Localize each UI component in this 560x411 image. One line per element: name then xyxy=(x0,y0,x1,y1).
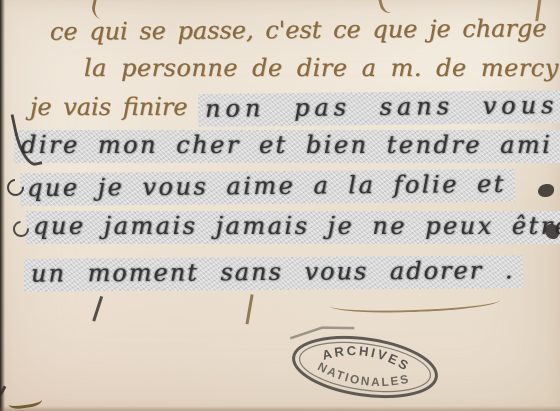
archives-nationales-stamp: ARCHIVES NATIONALES xyxy=(280,322,450,411)
ink-stroke-descender xyxy=(92,296,110,324)
handwriting-line-1: ce qui se passe, c'est ce que je charge xyxy=(50,14,547,45)
handwriting-line-4: dire mon cher et bien tendre ami · xyxy=(14,130,560,163)
stamp-text-bottom: NATIONALES xyxy=(314,359,413,395)
handwriting-line-2: la personne de dire a m. de mercy xyxy=(84,54,559,82)
recovered-redacted-text: dire mon cher et bien tendre ami · xyxy=(14,130,560,163)
stamp-smudge xyxy=(290,322,354,347)
ink-blot xyxy=(538,184,554,197)
handwriting-line-7: un moment sans vous adorer . xyxy=(24,257,523,290)
stamp-outer-ring xyxy=(290,329,440,404)
recovered-redacted-text: que jamais jamais je ne peux être xyxy=(26,211,560,244)
ink-stroke-descender xyxy=(378,0,400,15)
ink-blot xyxy=(545,224,559,239)
recovered-redacted-text: non pas sans vous xyxy=(197,90,560,127)
svg-text:NATIONALES: NATIONALES xyxy=(314,359,413,395)
recovered-redacted-text: que je vous aime a la folie et xyxy=(20,169,515,206)
ink-underline-flourish xyxy=(330,291,501,315)
handwriting-text: ce qui se passe, c'est ce que je charge xyxy=(50,14,547,45)
handwriting-line-5: que je vous aime a la folie et xyxy=(20,171,515,204)
page-edge-left xyxy=(0,0,5,411)
handwriting-line-6: que jamais jamais je ne peux être xyxy=(26,211,560,244)
recovered-redacted-text: un moment sans vous adorer . xyxy=(24,255,524,291)
ink-stroke-descender xyxy=(245,294,261,325)
manuscript-scan: ce qui se passe, c'est ce que je charge … xyxy=(0,0,560,411)
handwriting-line-3: je vais finirenon pas sans vous xyxy=(30,92,560,125)
handwriting-text: la personne de dire a m. de mercy xyxy=(84,54,559,82)
handwriting-text: je vais finire xyxy=(30,93,188,121)
